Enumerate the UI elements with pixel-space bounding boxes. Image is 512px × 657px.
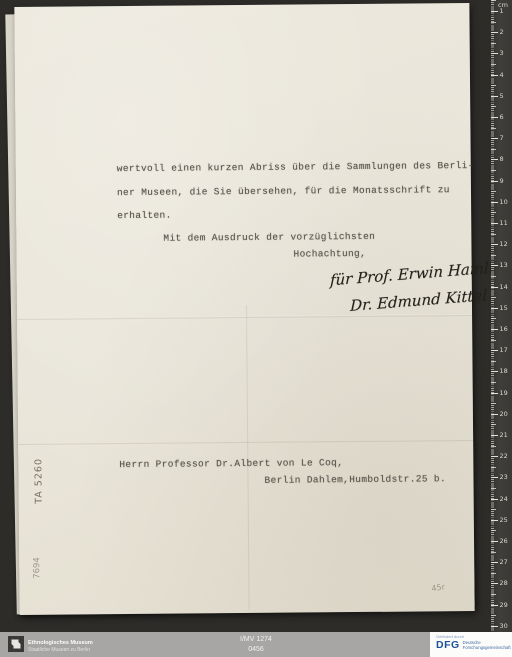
ruler-cm-number: 17 — [500, 347, 508, 354]
body-line-3: erhalten. — [117, 210, 172, 221]
measurement-ruler: cm 1234567891011121314151617181920212223… — [491, 0, 512, 632]
dfg-name-line2: Forschungsgemeinschaft — [463, 645, 511, 650]
recipient-line-2: Berlin Dahlem,Humboldstr.25 b. — [264, 473, 446, 486]
ruler-cm-tick — [491, 435, 498, 436]
ruler-half-cm-tick — [491, 106, 496, 107]
ruler-half-cm-tick — [491, 615, 496, 616]
ruler-cm-tick — [491, 393, 498, 394]
ruler-cm-tick — [491, 350, 498, 351]
ruler-half-cm-tick — [491, 297, 496, 298]
ruler-half-cm-tick — [491, 43, 496, 44]
ruler-half-cm-tick — [491, 234, 496, 235]
ruler-cm-number: 24 — [500, 496, 508, 503]
ruler-half-cm-tick — [491, 170, 496, 171]
body-line-1: wertvoll einen kurzen Abriss über die Sa… — [117, 160, 474, 174]
ruler-cm-number: 30 — [500, 623, 508, 630]
ruler-half-cm-tick — [491, 530, 496, 531]
ruler-cm-tick — [491, 456, 498, 457]
dfg-abbr: DFG — [436, 640, 460, 651]
signature-line-1: für Prof. Erwin Hamlin — [330, 258, 504, 290]
ruler-cm-tick — [491, 329, 498, 330]
salutation-line: Hochachtung, — [293, 248, 366, 260]
ruler-half-cm-tick — [491, 128, 496, 129]
ruler-cm-number: 25 — [500, 517, 508, 524]
letter-page: wertvoll einen kurzen Abriss über die Sa… — [14, 3, 474, 615]
ruler-half-cm-tick — [491, 382, 496, 383]
ruler-cm-number: 13 — [500, 262, 508, 269]
ruler-cm-tick — [491, 223, 498, 224]
ruler-half-cm-tick — [491, 276, 496, 277]
pencil-inventory-number: TA 5260 — [33, 458, 44, 504]
recipient-line-1: Herrn Professor Dr.Albert von Le Coq, — [119, 457, 343, 470]
ruler-cm-tick — [491, 181, 498, 182]
ruler-cm-tick — [491, 477, 498, 478]
ruler-cm-tick — [491, 605, 498, 606]
ruler-cm-number: 7 — [500, 135, 504, 142]
ruler-cm-tick — [491, 11, 498, 12]
ruler-cm-tick — [491, 138, 498, 139]
viewer-footer: Ethnologisches Museum Staatliche Museen … — [0, 632, 512, 657]
body-line-2: ner Museen, die Sie übersehen, für die M… — [117, 184, 450, 198]
ruler-cm-tick — [491, 541, 498, 542]
pencil-folio-number: 45r — [431, 582, 446, 593]
ruler-half-cm-tick — [491, 22, 496, 23]
dfg-logo-box: Gefördert durch DFG Deutsche Forschungsg… — [430, 632, 512, 657]
ruler-half-cm-tick — [491, 361, 496, 362]
ruler-cm-tick — [491, 117, 498, 118]
ruler-cm-number: 15 — [500, 305, 508, 312]
ruler-cm-tick — [491, 32, 498, 33]
ruler-cm-number: 9 — [500, 178, 504, 185]
ruler-cm-tick — [491, 202, 498, 203]
ruler-cm-number: 2 — [500, 29, 504, 36]
ruler-cm-number: 5 — [500, 93, 504, 100]
ruler-half-cm-tick — [491, 340, 496, 341]
pencil-number-lower: 7694 — [32, 557, 42, 579]
ruler-cm-tick — [491, 562, 498, 563]
ruler-half-cm-tick — [491, 552, 496, 553]
ruler-cm-number: 11 — [500, 220, 508, 227]
ruler-cm-tick — [491, 308, 498, 309]
dfg-name: Deutsche Forschungsgemeinschaft — [463, 640, 511, 650]
ruler-half-cm-tick — [491, 149, 496, 150]
ruler-cm-number: 14 — [500, 284, 508, 291]
ruler-cm-tick — [491, 626, 498, 627]
dfg-row: DFG Deutsche Forschungsgemeinschaft — [436, 640, 512, 651]
ruler-half-cm-tick — [491, 509, 496, 510]
ruler-cm-number: 27 — [500, 559, 508, 566]
ruler-half-cm-tick — [491, 403, 496, 404]
ruler-cm-number: 12 — [500, 241, 508, 248]
ruler-cm-number: 1 — [500, 8, 504, 15]
ruler-cm-tick — [491, 159, 498, 160]
ruler-cm-tick — [491, 53, 498, 54]
scan-background: wertvoll einen kurzen Abriss über die Sa… — [0, 0, 512, 657]
fold-crease-horizontal-2 — [18, 440, 473, 445]
ruler-cm-tick — [491, 244, 498, 245]
ruler-half-cm-tick — [491, 424, 496, 425]
ruler-cm-tick — [491, 96, 498, 97]
ruler-cm-number: 26 — [500, 538, 508, 545]
ruler-half-cm-tick — [491, 594, 496, 595]
ruler-cm-tick — [491, 499, 498, 500]
ruler-cm-number: 10 — [500, 199, 508, 206]
ruler-cm-number: 23 — [500, 474, 508, 481]
ruler-half-cm-tick — [491, 467, 496, 468]
ruler-cm-tick — [491, 265, 498, 266]
ruler-cm-number: 20 — [500, 411, 508, 418]
ruler-cm-number: 22 — [500, 453, 508, 460]
ruler-half-cm-tick — [491, 573, 496, 574]
ruler-cm-tick — [491, 371, 498, 372]
ruler-half-cm-tick — [491, 318, 496, 319]
ruler-cm-tick — [491, 414, 498, 415]
closing-line: Mit dem Ausdruck der vorzüglichsten — [163, 231, 375, 244]
ruler-half-cm-tick — [491, 85, 496, 86]
ruler-cm-tick — [491, 75, 498, 76]
fold-crease-horizontal — [17, 314, 472, 320]
ruler-cm-tick — [491, 583, 498, 584]
ruler-half-cm-tick — [491, 212, 496, 213]
ruler-half-cm-tick — [491, 0, 496, 1]
ruler-cm-number: 4 — [500, 72, 504, 79]
ruler-cm-number: 18 — [500, 368, 508, 375]
ruler-half-cm-tick — [491, 488, 496, 489]
ruler-cm-number: 16 — [500, 326, 508, 333]
ruler-half-cm-tick — [491, 446, 496, 447]
ruler-cm-number: 3 — [500, 50, 504, 57]
ruler-cm-tick — [491, 287, 498, 288]
ruler-cm-number: 29 — [500, 602, 508, 609]
ruler-cm-number: 8 — [500, 156, 504, 163]
ruler-cm-number: 19 — [500, 390, 508, 397]
ruler-cm-number: 6 — [500, 114, 504, 121]
ruler-cm-number: 28 — [500, 580, 508, 587]
ruler-half-cm-tick — [491, 255, 496, 256]
ruler-half-cm-tick — [491, 191, 496, 192]
ruler-half-cm-tick — [491, 64, 496, 65]
signature-line-2: Dr. Edmund Kittel — [350, 286, 487, 315]
ruler-cm-tick — [491, 520, 498, 521]
ruler-cm-number: 21 — [500, 432, 508, 439]
